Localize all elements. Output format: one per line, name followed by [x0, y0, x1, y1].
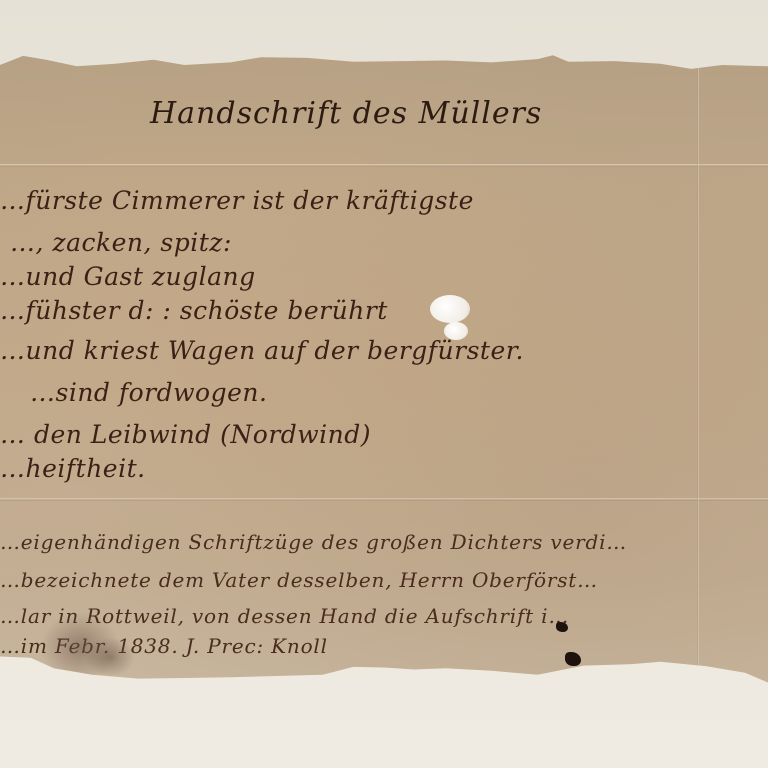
body-line-5: …und kriest Wagen auf der bergfürster. — [0, 336, 524, 365]
body-line-8: …heiftheit. — [0, 454, 146, 483]
paper-sheet: Handschrift des Müllers …fürste Cimmerer… — [0, 52, 768, 702]
paper-fold-right — [697, 52, 699, 692]
attestation-line-1: …eigenhändigen Schriftzüge des großen Di… — [0, 530, 627, 554]
body-line-2: …, zacken, spitz: — [10, 228, 232, 257]
ink-damage-mark-2 — [556, 622, 568, 632]
body-line-6: …sind fordwogen. — [30, 378, 267, 407]
body-line-4: …fühster d: : schöste berührt — [0, 296, 388, 325]
paper-fold-bottom — [0, 498, 768, 501]
ink-damage-mark — [565, 652, 581, 666]
body-line-7: … den Leibwind (Nordwind) — [0, 420, 371, 449]
document-photo: Handschrift des Müllers …fürste Cimmerer… — [0, 0, 768, 768]
document-title: Handschrift des Müllers — [150, 96, 542, 131]
paper-hole-large — [430, 295, 470, 323]
body-line-1: …fürste Cimmerer ist der kräftigste — [0, 186, 474, 215]
attestation-line-2: …bezeichnete dem Vater desselben, Herrn … — [0, 568, 598, 592]
paper-hole-small — [444, 322, 468, 340]
body-line-3: …und Gast zuglang — [0, 262, 256, 291]
paper-stain-2 — [85, 637, 135, 677]
paper-fold-top — [0, 164, 768, 167]
